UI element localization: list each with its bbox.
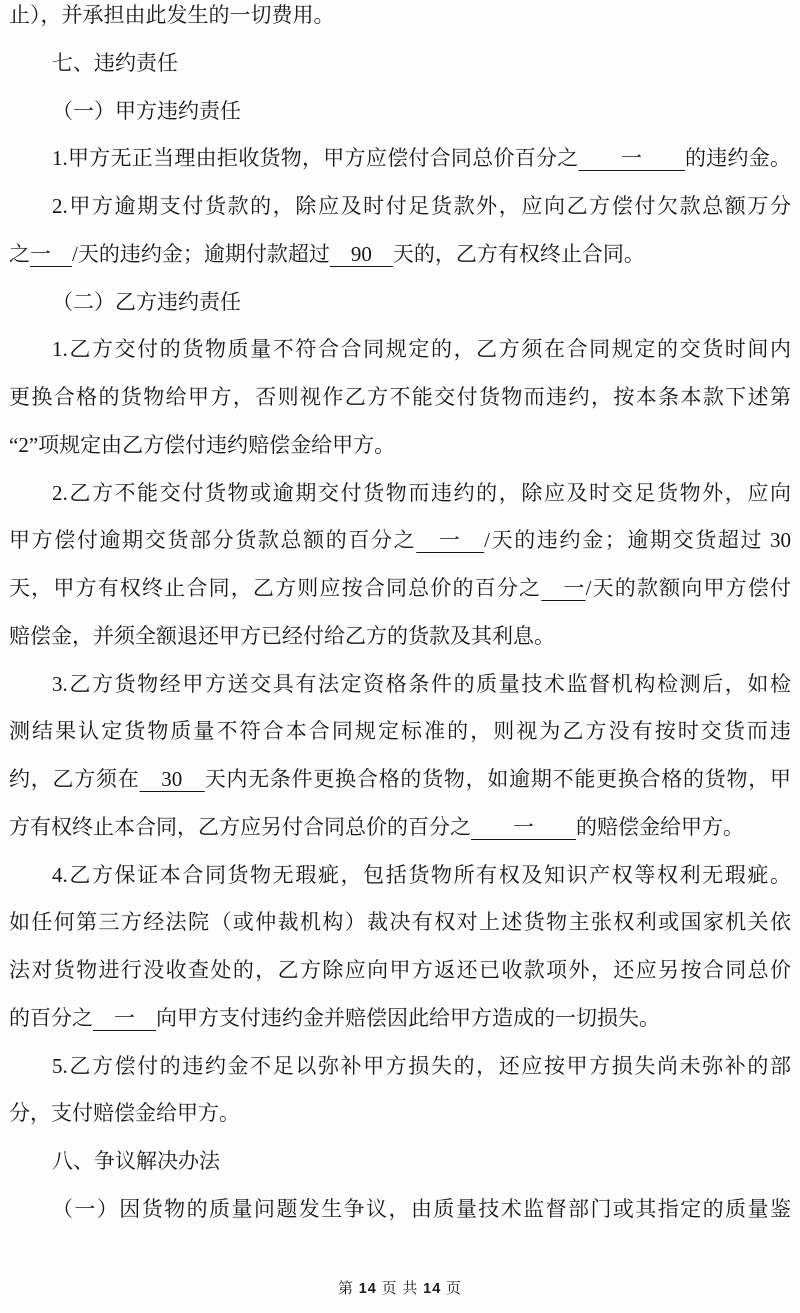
text-line: 方有权终止本合同，乙方应另付合同总价的百分之 一 的赔偿金给甲方。	[9, 804, 791, 852]
text-run: 的违约金。	[685, 146, 791, 170]
text-run: （一）甲方违约责任	[52, 99, 241, 123]
text-line: 天，甲方有权终止合同，乙方则应按合同总价的百分之 一/天的款额向甲方偿付	[9, 565, 791, 613]
clause-7-1-2: 2.甲方逾期支付货款的，除应及时付足货款外，应向乙方偿付欠款总额万分之一 /天的…	[9, 183, 791, 279]
text-line: 1.甲方无正当理由拒收货物，甲方应偿付合同总价百分之 一 的违约金。	[9, 135, 791, 183]
text-line: 赔偿金，并须全额退还甲方已经付给乙方的货款及其利息。	[9, 613, 791, 661]
text-line: 法对货物进行没收查处的，乙方除应向甲方返还已收款项外，还应另按合同总价	[9, 947, 791, 995]
fill-in-blank: 一	[416, 528, 484, 552]
text-line: 2.乙方不能交付货物或逾期交付货物而违约的，除应及时交足货物外，应向	[9, 470, 791, 518]
text-run: 七、违约责任	[52, 51, 178, 75]
text-run: 甲方偿付逾期交货部分货款总额的百分之	[9, 528, 416, 552]
clause-8-1-partial: （一）因货物的质量问题发生争议，由质量技术监督部门或其指定的质量鉴	[9, 1186, 791, 1234]
text-run: 天内无条件更换合格的货物，如逾期不能更换合格的货物，甲	[205, 767, 791, 791]
text-line: 甲方偿付逾期交货部分货款总额的百分之 一 /天的违约金；逾期交货超过 30	[9, 517, 791, 565]
fill-in-blank: 一	[30, 242, 72, 266]
fill-in-blank: 90	[330, 242, 393, 266]
text-line: 八、争议解决办法	[9, 1138, 791, 1186]
text-run: 更换合格的货物给甲方，否则视作乙方不能交付货物而违约，按本条本款下述第	[9, 385, 791, 409]
text-line: 如任何第三方经法院（或仲裁机构）裁决有权对上述货物主张权利或国家机关依	[9, 899, 791, 947]
footer-suffix: 页	[441, 1281, 462, 1297]
text-line: “2”项规定由乙方偿付违约赔偿金给甲方。	[9, 422, 791, 470]
section-heading-8: 八、争议解决办法	[9, 1138, 791, 1186]
text-run: 天，甲方有权终止合同，乙方则应按合同总价的百分之	[9, 576, 541, 600]
text-line: 分，支付赔偿金给甲方。	[9, 1090, 791, 1138]
continuation-paragraph: 止），并承担由此发生的一切费用。	[9, 0, 791, 40]
clause-7-2-1: 1.乙方交付的货物质量不符合合同规定的，乙方须在合同规定的交货时间内更换合格的货…	[9, 326, 791, 469]
subsection-heading-7-1: （一）甲方违约责任	[9, 88, 791, 136]
text-run: 天的，乙方有权终止合同。	[393, 242, 645, 266]
text-run: 赔偿金，并须全额退还甲方已经付给乙方的货款及其利息。	[9, 624, 555, 648]
clause-7-2-3: 3.乙方货物经甲方送交具有法定资格条件的质量技术监督机构检测后，如检测结果认定货…	[9, 661, 791, 852]
text-run: 1.乙方交付的货物质量不符合合同规定的，乙方须在合同规定的交货时间内	[52, 337, 791, 361]
footer-page-number: 14	[359, 1281, 377, 1297]
footer-mid: 页 共	[377, 1281, 423, 1297]
fill-in-blank: 一	[93, 1006, 156, 1030]
text-run: 如任何第三方经法院（或仲裁机构）裁决有权对上述货物主张权利或国家机关依	[9, 910, 791, 934]
clause-7-1-1: 1.甲方无正当理由拒收货物，甲方应偿付合同总价百分之 一 的违约金。	[9, 135, 791, 183]
text-run: “2”项规定由乙方偿付违约赔偿金给甲方。	[9, 433, 395, 457]
text-run: 之	[9, 242, 30, 266]
text-run: 3.乙方货物经甲方送交具有法定资格条件的质量技术监督机构检测后，如检	[52, 672, 791, 696]
text-line: 七、违约责任	[9, 40, 791, 88]
clause-7-2-4: 4.乙方保证本合同货物无瑕疵，包括货物所有权及知识产权等权利无瑕疵。如任何第三方…	[9, 852, 791, 1043]
text-line: 5.乙方偿付的违约金不足以弥补甲方损失的，还应按甲方损失尚未弥补的部	[9, 1043, 791, 1091]
text-run: 的百分之	[9, 1006, 93, 1030]
text-run: 法对货物进行没收查处的，乙方除应向甲方返还已收款项外，还应另按合同总价	[9, 958, 791, 982]
section-heading-7: 七、违约责任	[9, 40, 791, 88]
text-run: /天的违约金；逾期付款超过	[72, 242, 330, 266]
subsection-heading-7-2: （二）乙方违约责任	[9, 279, 791, 327]
text-line: 1.乙方交付的货物质量不符合合同规定的，乙方须在合同规定的交货时间内	[9, 326, 791, 374]
text-run: 分，支付赔偿金给甲方。	[9, 1101, 240, 1125]
text-line: 止），并承担由此发生的一切费用。	[9, 0, 791, 40]
text-line: 之一 /天的违约金；逾期付款超过 90 天的，乙方有权终止合同。	[9, 231, 791, 279]
text-run: 1.甲方无正当理由拒收货物，甲方应偿付合同总价百分之	[52, 146, 579, 170]
text-line: （二）乙方违约责任	[9, 279, 791, 327]
document-body: 止），并承担由此发生的一切费用。七、违约责任（一）甲方违约责任1.甲方无正当理由…	[9, 0, 791, 1234]
footer-total-pages: 14	[423, 1281, 441, 1297]
fill-in-blank: 一	[471, 815, 576, 839]
footer-prefix: 第	[338, 1281, 359, 1297]
text-run: 向甲方支付违约金并赔偿因此给甲方造成的一切损失。	[156, 1006, 660, 1030]
text-line: 测结果认定货物质量不符合本合同规定标准的，则视为乙方没有按时交货而违	[9, 708, 791, 756]
text-line: 4.乙方保证本合同货物无瑕疵，包括货物所有权及知识产权等权利无瑕疵。	[9, 852, 791, 900]
text-run: （一）因货物的质量问题发生争议，由质量技术监督部门或其指定的质量鉴	[52, 1197, 791, 1221]
text-run: 2.乙方不能交付货物或逾期交付货物而违约的，除应及时交足货物外，应向	[52, 481, 791, 505]
text-line: 3.乙方货物经甲方送交具有法定资格条件的质量技术监督机构检测后，如检	[9, 661, 791, 709]
text-run: （二）乙方违约责任	[52, 290, 241, 314]
text-run: 止），并承担由此发生的一切费用。	[9, 3, 335, 27]
page-footer: 第 14 页 共 14 页	[0, 1278, 800, 1300]
fill-in-blank: 一	[541, 576, 585, 600]
text-run: 4.乙方保证本合同货物无瑕疵，包括货物所有权及知识产权等权利无瑕疵。	[52, 863, 791, 887]
text-run: 5.乙方偿付的违约金不足以弥补甲方损失的，还应按甲方损失尚未弥补的部	[52, 1054, 791, 1078]
text-run: 测结果认定货物质量不符合本合同规定标准的，则视为乙方没有按时交货而违	[9, 719, 791, 743]
text-line: （一）因货物的质量问题发生争议，由质量技术监督部门或其指定的质量鉴	[9, 1186, 791, 1234]
fill-in-blank: 30	[139, 767, 204, 791]
contract-page: 止），并承担由此发生的一切费用。七、违约责任（一）甲方违约责任1.甲方无正当理由…	[0, 0, 800, 1313]
text-line: （一）甲方违约责任	[9, 88, 791, 136]
text-line: 的百分之 一 向甲方支付违约金并赔偿因此给甲方造成的一切损失。	[9, 995, 791, 1043]
text-run: 的赔偿金给甲方。	[576, 815, 744, 839]
text-run: /天的违约金；逾期交货超过 30	[484, 528, 791, 552]
text-run: 2.甲方逾期支付货款的，除应及时付足货款外，应向乙方偿付欠款总额万分	[52, 194, 791, 218]
text-line: 2.甲方逾期支付货款的，除应及时付足货款外，应向乙方偿付欠款总额万分	[9, 183, 791, 231]
clause-7-2-2: 2.乙方不能交付货物或逾期交付货物而违约的，除应及时交足货物外，应向甲方偿付逾期…	[9, 470, 791, 661]
text-line: 更换合格的货物给甲方，否则视作乙方不能交付货物而违约，按本条本款下述第	[9, 374, 791, 422]
fill-in-blank: 一	[579, 146, 685, 170]
text-run: 八、争议解决办法	[52, 1149, 220, 1173]
text-run: 约，乙方须在	[9, 767, 139, 791]
text-run: 方有权终止本合同，乙方应另付合同总价的百分之	[9, 815, 471, 839]
clause-7-2-5: 5.乙方偿付的违约金不足以弥补甲方损失的，还应按甲方损失尚未弥补的部分，支付赔偿…	[9, 1043, 791, 1139]
text-line: 约，乙方须在 30 天内无条件更换合格的货物，如逾期不能更换合格的货物，甲	[9, 756, 791, 804]
text-run: /天的款额向甲方偿付	[586, 576, 791, 600]
